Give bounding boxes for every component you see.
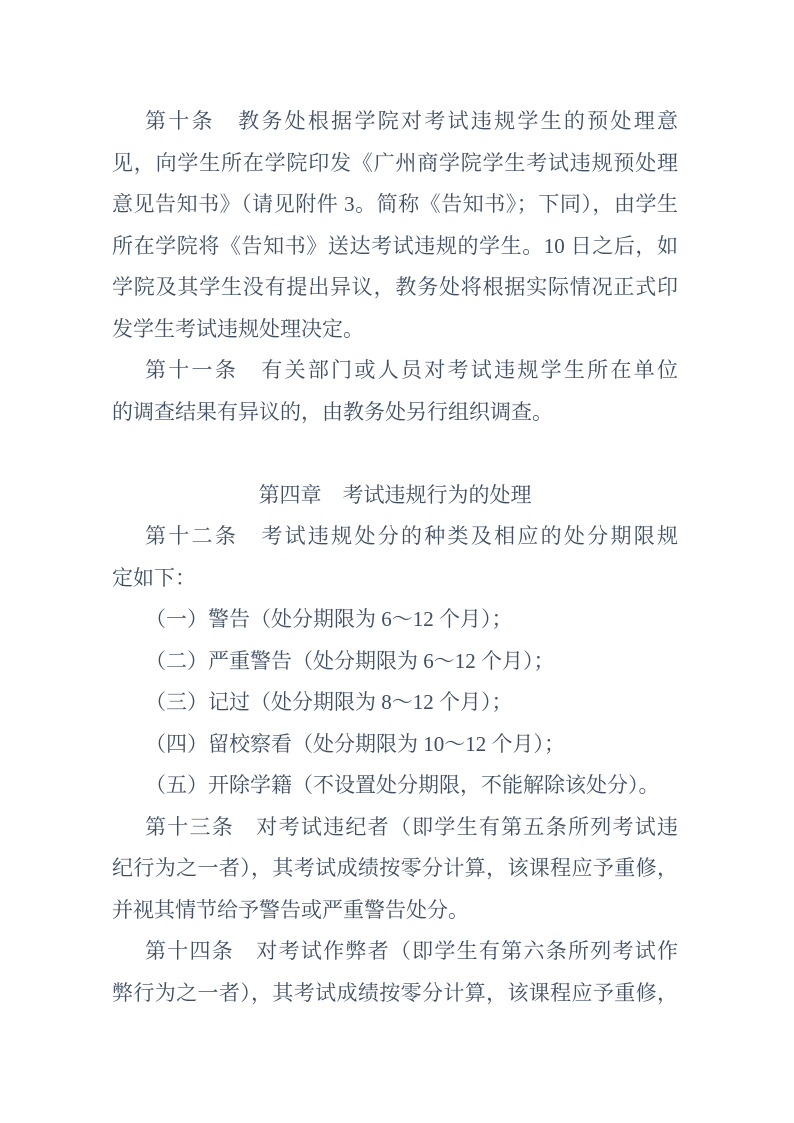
document-body: 第十条 教务处根据学院对考试违规学生的预处理意见，向学生所在学院印发《广州商学院… bbox=[112, 101, 678, 1014]
text-line: 第十四条 对考试作弊者（即学生有第六条所列考试作 bbox=[112, 931, 678, 973]
text-line: 纪行为之一者），其考试成绩按零分计算，该课程应予重修， bbox=[112, 848, 678, 890]
text-line: 发学生考试违规处理决定。 bbox=[112, 309, 678, 351]
text-line: （二）严重警告（处分期限为 6～12 个月）； bbox=[112, 641, 678, 683]
document-page: 第十条 教务处根据学院对考试违规学生的预处理意见，向学生所在学院印发《广州商学院… bbox=[0, 0, 794, 1123]
text-line: （四）留校察看（处分期限为 10～12 个月）； bbox=[112, 724, 678, 766]
text-line: 学院及其学生没有提出异议，教务处将根据实际情况正式印 bbox=[112, 267, 678, 309]
text-line: 并视其情节给予警告或严重警告处分。 bbox=[112, 890, 678, 932]
article-12: 第十二条 考试违规处分的种类及相应的处分期限规定如下： bbox=[112, 516, 678, 599]
article-12-item-5: （五）开除学籍（不设置处分期限，不能解除该处分）。 bbox=[112, 765, 678, 807]
text-line: 第十二条 考试违规处分的种类及相应的处分期限规 bbox=[112, 516, 678, 558]
text-line: 的调查结果有异议的，由教务处另行组织调查。 bbox=[112, 392, 678, 434]
text-line: （五）开除学籍（不设置处分期限，不能解除该处分）。 bbox=[112, 765, 678, 807]
article-12-item-3: （三）记过（处分期限为 8～12 个月）； bbox=[112, 682, 678, 724]
chapter-4-heading: 第四章 考试违规行为的处理 bbox=[112, 475, 678, 517]
article-12-item-2: （二）严重警告（处分期限为 6～12 个月）； bbox=[112, 641, 678, 683]
article-12-item-4: （四）留校察看（处分期限为 10～12 个月）； bbox=[112, 724, 678, 766]
text-line: 见，向学生所在学院印发《广州商学院学生考试违规预处理 bbox=[112, 143, 678, 185]
article-12-item-1: （一）警告（处分期限为 6～12 个月）； bbox=[112, 599, 678, 641]
article-14-partial: 第十四条 对考试作弊者（即学生有第六条所列考试作弊行为之一者），其考试成绩按零分… bbox=[112, 931, 678, 1014]
text-line: （三）记过（处分期限为 8～12 个月）； bbox=[112, 682, 678, 724]
text-line: 意见告知书》（请见附件 3。简称《告知书》；下同），由学生 bbox=[112, 184, 678, 226]
text-line: 第十一条 有关部门或人员对考试违规学生所在单位 bbox=[112, 350, 678, 392]
article-11: 第十一条 有关部门或人员对考试违规学生所在单位的调查结果有异议的，由教务处另行组… bbox=[112, 350, 678, 433]
text-line: （一）警告（处分期限为 6～12 个月）； bbox=[112, 599, 678, 641]
text-line: 第十条 教务处根据学院对考试违规学生的预处理意 bbox=[112, 101, 678, 143]
blank-line bbox=[112, 433, 678, 475]
text-line: 第十三条 对考试违纪者（即学生有第五条所列考试违 bbox=[112, 807, 678, 849]
text-line: 定如下： bbox=[112, 558, 678, 600]
text-line: 所在学院将《告知书》送达考试违规的学生。10 日之后，如 bbox=[112, 226, 678, 268]
article-10: 第十条 教务处根据学院对考试违规学生的预处理意见，向学生所在学院印发《广州商学院… bbox=[112, 101, 678, 350]
text-line: 弊行为之一者），其考试成绩按零分计算，该课程应予重修， bbox=[112, 973, 678, 1015]
article-13: 第十三条 对考试违纪者（即学生有第五条所列考试违纪行为之一者），其考试成绩按零分… bbox=[112, 807, 678, 932]
